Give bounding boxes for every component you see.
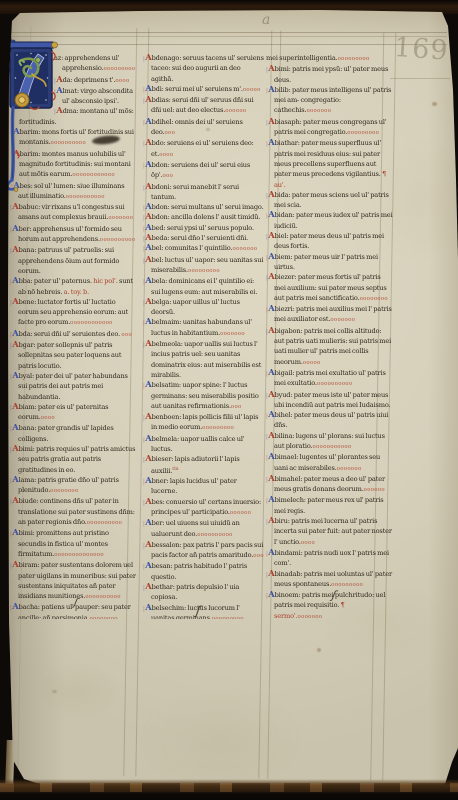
- book-bottom-texture: [0, 783, 458, 792]
- glossary-entry: Abihel: pater meus deus ul' patris uiui …: [266, 410, 393, 431]
- glossary-entry: Aber: apprehensus ul' formido seu horum …: [10, 224, 136, 246]
- glossary-entry: Abdon: ancilla dolens l' ausit timidũ.: [143, 212, 264, 222]
- glossary-entry: Abilib: pater meus intelligens ul' patri…: [266, 85, 393, 117]
- entry-initial: A: [10, 244, 19, 254]
- glossary-entry: Abiram: pater sustentans dolorem uel pat…: [10, 560, 136, 602]
- entry-initial: A: [143, 475, 152, 485]
- glossary-entry: Abigail: patris mei exultatio ul' patris…: [266, 368, 393, 390]
- glossary-entry: Abana: pater grandis ul' lapides collige…: [10, 423, 136, 444]
- glossary-entry: Abelmaim: uanitas habundans ul' luctus i…: [143, 317, 264, 339]
- line-filler: oooo: [115, 78, 129, 84]
- glossary-entry: Abdias: serui dñi ul' seruus dñi sui dñi…: [143, 95, 264, 117]
- entry-initial: A: [143, 211, 152, 221]
- entry-initial: A: [143, 275, 152, 285]
- glossary-entry: Abinoem: patris mei pulchritudo: uel pat…: [266, 590, 393, 619]
- line-filler: ooo: [164, 130, 175, 136]
- glossary-entry: Abiam: pater eis ul' paternitas eorum.oo…: [10, 402, 136, 424]
- line-filler: ooooooo: [108, 215, 133, 221]
- line-filler: ooooooooo: [103, 66, 135, 72]
- entry-initial: A: [10, 296, 19, 306]
- entry-initial: A: [266, 137, 275, 147]
- entry-initial: A: [10, 401, 19, 411]
- glossary-entry: Abes: conuersio ul' certans inuersio: pr…: [143, 497, 264, 519]
- glossary-entry: Abiude: continens dñs ul' pater in trans…: [10, 496, 136, 528]
- entry-initial: A: [143, 433, 152, 443]
- line-filler: ooooooooo: [331, 582, 363, 588]
- line-filler: oooooooooooo: [70, 320, 113, 326]
- line-filler: oooooooooo: [100, 237, 135, 243]
- glossary-entry: Ababuc: vir rixans u'l congestus sui ama…: [10, 202, 136, 224]
- entry-initial: A: [143, 254, 152, 264]
- entry-initial: A: [266, 251, 275, 261]
- entry-initial: A: [266, 451, 275, 461]
- glossary-entry: Abel: luctus ul' uapor: seu uanitas sui …: [143, 255, 264, 277]
- glossary-entry: Abdenago: seruus tacens ul' seruiens tac…: [143, 53, 264, 84]
- glossary-entry: Abelmeola: uapor uallis sui luctus l' in…: [143, 339, 264, 380]
- line-filler: ooooo: [243, 87, 261, 93]
- entry-initial: A: [266, 515, 275, 525]
- entry-initial: A: [266, 568, 275, 578]
- stain: [52, 690, 57, 693]
- glossary-entry: Abdihel: omnis dei ul' seruiens deo.ooo: [143, 117, 264, 139]
- stain: [317, 648, 321, 652]
- entry-initial: A: [143, 316, 152, 326]
- entry-initial: A: [143, 581, 152, 591]
- line-filler: ooooooooo: [347, 130, 379, 136]
- entry-initial: A: [143, 116, 152, 126]
- entry-initial: A: [143, 560, 152, 570]
- entry-initial: A: [266, 230, 275, 240]
- entry-initial: A: [10, 443, 19, 453]
- entry-initial: A: [266, 189, 275, 199]
- line-filler: ooooo: [303, 360, 321, 366]
- entry-initial: A: [266, 473, 275, 483]
- entry-initial: A: [266, 84, 275, 94]
- glossary-entry: Abel: comunitas l' quintilio.ooooooo: [143, 243, 264, 254]
- line-filler: ooooooooooo: [66, 194, 105, 200]
- glossary-entry: Abindami: patris nudi uox l' patris mei …: [266, 548, 393, 569]
- glossary-entry: Abimahel: pater meus a deo ul' pater meu…: [266, 474, 393, 496]
- glossary-entry: Abiezri: patris mei auxilius mei l' patr…: [266, 304, 393, 326]
- entry-initial: A: [143, 94, 152, 104]
- glossary-entry: Abdon: seruiens dei ul' serui eius õp'.o…: [143, 160, 264, 182]
- glossary-entry: Abyud: pater meus iste ul' pater meus ub…: [266, 390, 393, 411]
- line-filler: ooooooo: [298, 614, 323, 619]
- entry-initial: A: [143, 496, 152, 506]
- glossary-entry: Abelmela: uapor uallis calce ul' luctus.: [143, 434, 264, 455]
- entry-initial: A: [266, 116, 275, 126]
- entry-initial: A: [143, 539, 152, 549]
- glossary-entry: Abigabon: patris mei collis altitudo: au…: [266, 326, 393, 368]
- glossary-entry: Abessalon: pax patris l' pars pacis sui …: [143, 540, 264, 562]
- entry-initial: A: [143, 242, 152, 252]
- line-filler: ooo: [163, 173, 174, 179]
- line-filler: oooooooooooo: [72, 172, 115, 178]
- glossary-entry: Abida: pater meus sciens uel ul' patris …: [266, 190, 393, 211]
- line-filler: oooooooo: [360, 296, 388, 302]
- entry-initial: A: [266, 325, 275, 335]
- entry-initial: A: [143, 181, 152, 191]
- line-filler: ooooooo: [337, 466, 362, 472]
- glossary-entry: Abner: lapis lucidus ul' pater lucerne.: [143, 476, 264, 497]
- line-filler: ooooooooo: [202, 425, 234, 431]
- glossary-entry: Abimi: patris requies ul' patris amictus…: [10, 444, 136, 475]
- entry-initial: A: [10, 275, 19, 285]
- line-filler: oooo: [41, 415, 55, 421]
- line-filler: oooooooo: [50, 488, 78, 494]
- glossary-entry: Abba: pater ul' paternus. hic pol'. sunt…: [10, 276, 136, 297]
- glossary-entry: Abelga: uapor uillus ul' luctus deorsũ.: [143, 297, 264, 318]
- glossary-entry: Abdo: seruiens ei ul' seruiens deo: et.o…: [143, 138, 264, 160]
- glossary-entry: Abelsechim: luctus lucorum l' uanitas ge…: [143, 603, 264, 619]
- line-filler: oooooooo: [89, 616, 117, 619]
- glossary-entry: Abilina: lugens ul' plorans: sui luctus …: [266, 431, 393, 453]
- text-column-3: mei superintelligentia.oooooooooAbimi: p…: [266, 53, 393, 619]
- entry-initial: A: [266, 430, 275, 440]
- entry-initial: A: [143, 222, 152, 232]
- stain: [206, 128, 210, 131]
- entry-initial: A: [266, 271, 275, 281]
- entry-initial: A: [10, 370, 19, 380]
- glossary-entry: Aber: uel uiuens sui uiuidũ an ualuerunt…: [143, 518, 264, 540]
- line-filler: ooooooo: [306, 108, 331, 114]
- glossary-entry: Abdi: serui mei ul' seruiens m'.ooooo: [143, 84, 264, 95]
- line-filler: oooooo: [364, 487, 385, 493]
- entry-initial: A: [10, 201, 19, 211]
- glossary-entry: Abimelech: pater meus rex ul' patris mei…: [266, 495, 393, 516]
- entry-initial: A: [143, 338, 152, 348]
- line-filler: oooooooooo: [87, 520, 122, 526]
- entry-initial: A: [143, 517, 152, 527]
- line-filler: ooooooooooo: [312, 444, 351, 450]
- entry-initial: A: [143, 83, 152, 93]
- glossary-entry: Abeda: serui dño l' seruienti dñi.: [143, 233, 264, 243]
- glossary-entry: Abdoni: serui manebit l' serui tantum.: [143, 182, 264, 203]
- entry-initial: A: [143, 201, 152, 211]
- glossary-entry: Alama: patris gratie dño ul' patris plen…: [10, 475, 136, 497]
- glossary-entry: Abyal: pater dei ul' pater habundans sui…: [10, 371, 136, 402]
- glossary-entry: Abimi: promittens aut pristino secundis …: [10, 528, 136, 560]
- glossary-entry: mei superintelligentia.ooooooooo: [266, 53, 393, 64]
- illuminated-initial-A: [2, 34, 62, 196]
- glossary-entry: Abesan: patris habitudo l' patris questi…: [143, 561, 264, 582]
- stain: [432, 102, 437, 106]
- glossary-entry: Abieser: lapis adiutorii l' lapis auxili…: [143, 454, 264, 476]
- entry-initial: A: [143, 137, 152, 147]
- glossary-entry: Abelsatim: uapor spine: l' luctus germin…: [143, 380, 264, 412]
- glossary-entry: Abimi: patris mei ypsũ: ul' pater meus d…: [266, 64, 393, 85]
- glossary-entry: Abdon: serui multans ul' serui imago.: [143, 202, 264, 212]
- entry-initial: A: [10, 495, 19, 505]
- entry-initial: A: [10, 601, 19, 611]
- line-filler: ooooooo: [330, 317, 355, 323]
- line-filler: oooo: [159, 152, 173, 158]
- entry-initial: A: [143, 379, 152, 389]
- entry-initial: A: [10, 559, 19, 569]
- entry-initial: A: [266, 389, 275, 399]
- glossary-entry: Abene: luctator fortis ul' luctatio eoru…: [10, 297, 136, 329]
- entry-initial: A: [10, 474, 19, 484]
- entry-initial: A: [10, 422, 19, 432]
- line-filler: oooooooooo: [317, 381, 352, 387]
- entry-initial: A: [10, 223, 19, 233]
- entry-initial: A: [266, 209, 275, 219]
- entry-initial: A: [10, 328, 19, 338]
- entry-initial: A: [143, 53, 152, 62]
- entry-initial: A: [143, 159, 152, 169]
- glossary-entry: Abiezer: pater meus fortis ul' patris me…: [266, 272, 393, 304]
- entry-initial: A: [143, 602, 152, 612]
- entry-initial: A: [266, 409, 275, 419]
- manuscript-page: 169 a az: apprehendens ul' apprehensio.o…: [0, 0, 458, 800]
- line-filler: oooooo: [225, 108, 246, 114]
- text-column-2: Abdenago: seruus tacens ul' seruiens tac…: [143, 53, 264, 619]
- glossary-entry: Abiem: pater meus uir l' patris mei uirt…: [266, 252, 393, 273]
- line-filler: ooo: [231, 404, 242, 410]
- line-filler: oooooooooo: [85, 594, 120, 600]
- glossary-entry: Abed: serui ypsi ul' seruus populo.: [143, 223, 264, 233]
- glossary-entry: Abela: dominicans ei l' quintilio ei: su…: [143, 276, 264, 297]
- glossary-entry: Abda: serui dñi ul' seruientes deo. ooo: [10, 329, 136, 340]
- entry-initial: A: [266, 63, 275, 73]
- entry-initial: A: [266, 547, 275, 557]
- entry-initial: A: [266, 494, 275, 504]
- line-filler: ooooooooo: [212, 616, 244, 619]
- glossary-entry: Abiel: pater meus deus ul' patris mei de…: [266, 231, 393, 252]
- glossary-entry: Abidan: pater meus iudex ul' patris mei …: [266, 210, 393, 231]
- line-filler: oooooooooo: [197, 532, 232, 538]
- line-filler: ooooooooo: [338, 56, 370, 62]
- entry-initial: A: [143, 296, 152, 306]
- folio-number: 169: [393, 32, 455, 67]
- glossary-entry: Abimael: lugentes ul' plorantes seu uani…: [266, 452, 393, 474]
- glossary-entry: Abenboen: lapis pollicis filii ul' lapis…: [143, 412, 264, 434]
- entry-initial: A: [266, 589, 275, 599]
- line-filler: ooooooo: [232, 246, 257, 252]
- entry-initial: A: [10, 527, 19, 537]
- line-filler: ooooooooo: [188, 268, 220, 274]
- line-filler: ooooooo: [220, 331, 245, 337]
- entry-initial: A: [143, 453, 152, 463]
- line-filler: ooo: [253, 553, 264, 559]
- line-filler: oooo: [301, 540, 315, 546]
- line-filler: oooooooooooooo: [54, 552, 104, 558]
- glossary-entry: Abiasaph: pater meus congregans ul' patr…: [266, 117, 393, 139]
- quire-mark: a: [262, 12, 270, 28]
- glossary-entry: Abgar: pater sollepnis ul' patris sollep…: [10, 340, 136, 371]
- entry-initial: A: [266, 303, 275, 313]
- entry-initial: A: [266, 367, 275, 377]
- line-filler: oooooo: [230, 510, 251, 516]
- glossary-entry: Abiathar: pater meus superfluus ul' patr…: [266, 138, 393, 189]
- glossary-entry: Abana: patruus ul' patruelis: sui appreh…: [10, 245, 136, 276]
- entry-initial: A: [10, 339, 19, 349]
- entry-initial: A: [143, 411, 152, 421]
- glossary-entry: Abiru: patris mei lucerna ul' patris inc…: [266, 516, 393, 548]
- glossary-entry: Abinadab: patris mei uoluntas ul' pater …: [266, 569, 393, 591]
- glossary-entry: Abethar: patris depulsio l' uia copiosa.: [143, 582, 264, 603]
- line-filler: ooo: [121, 332, 132, 338]
- entry-initial: A: [143, 232, 152, 242]
